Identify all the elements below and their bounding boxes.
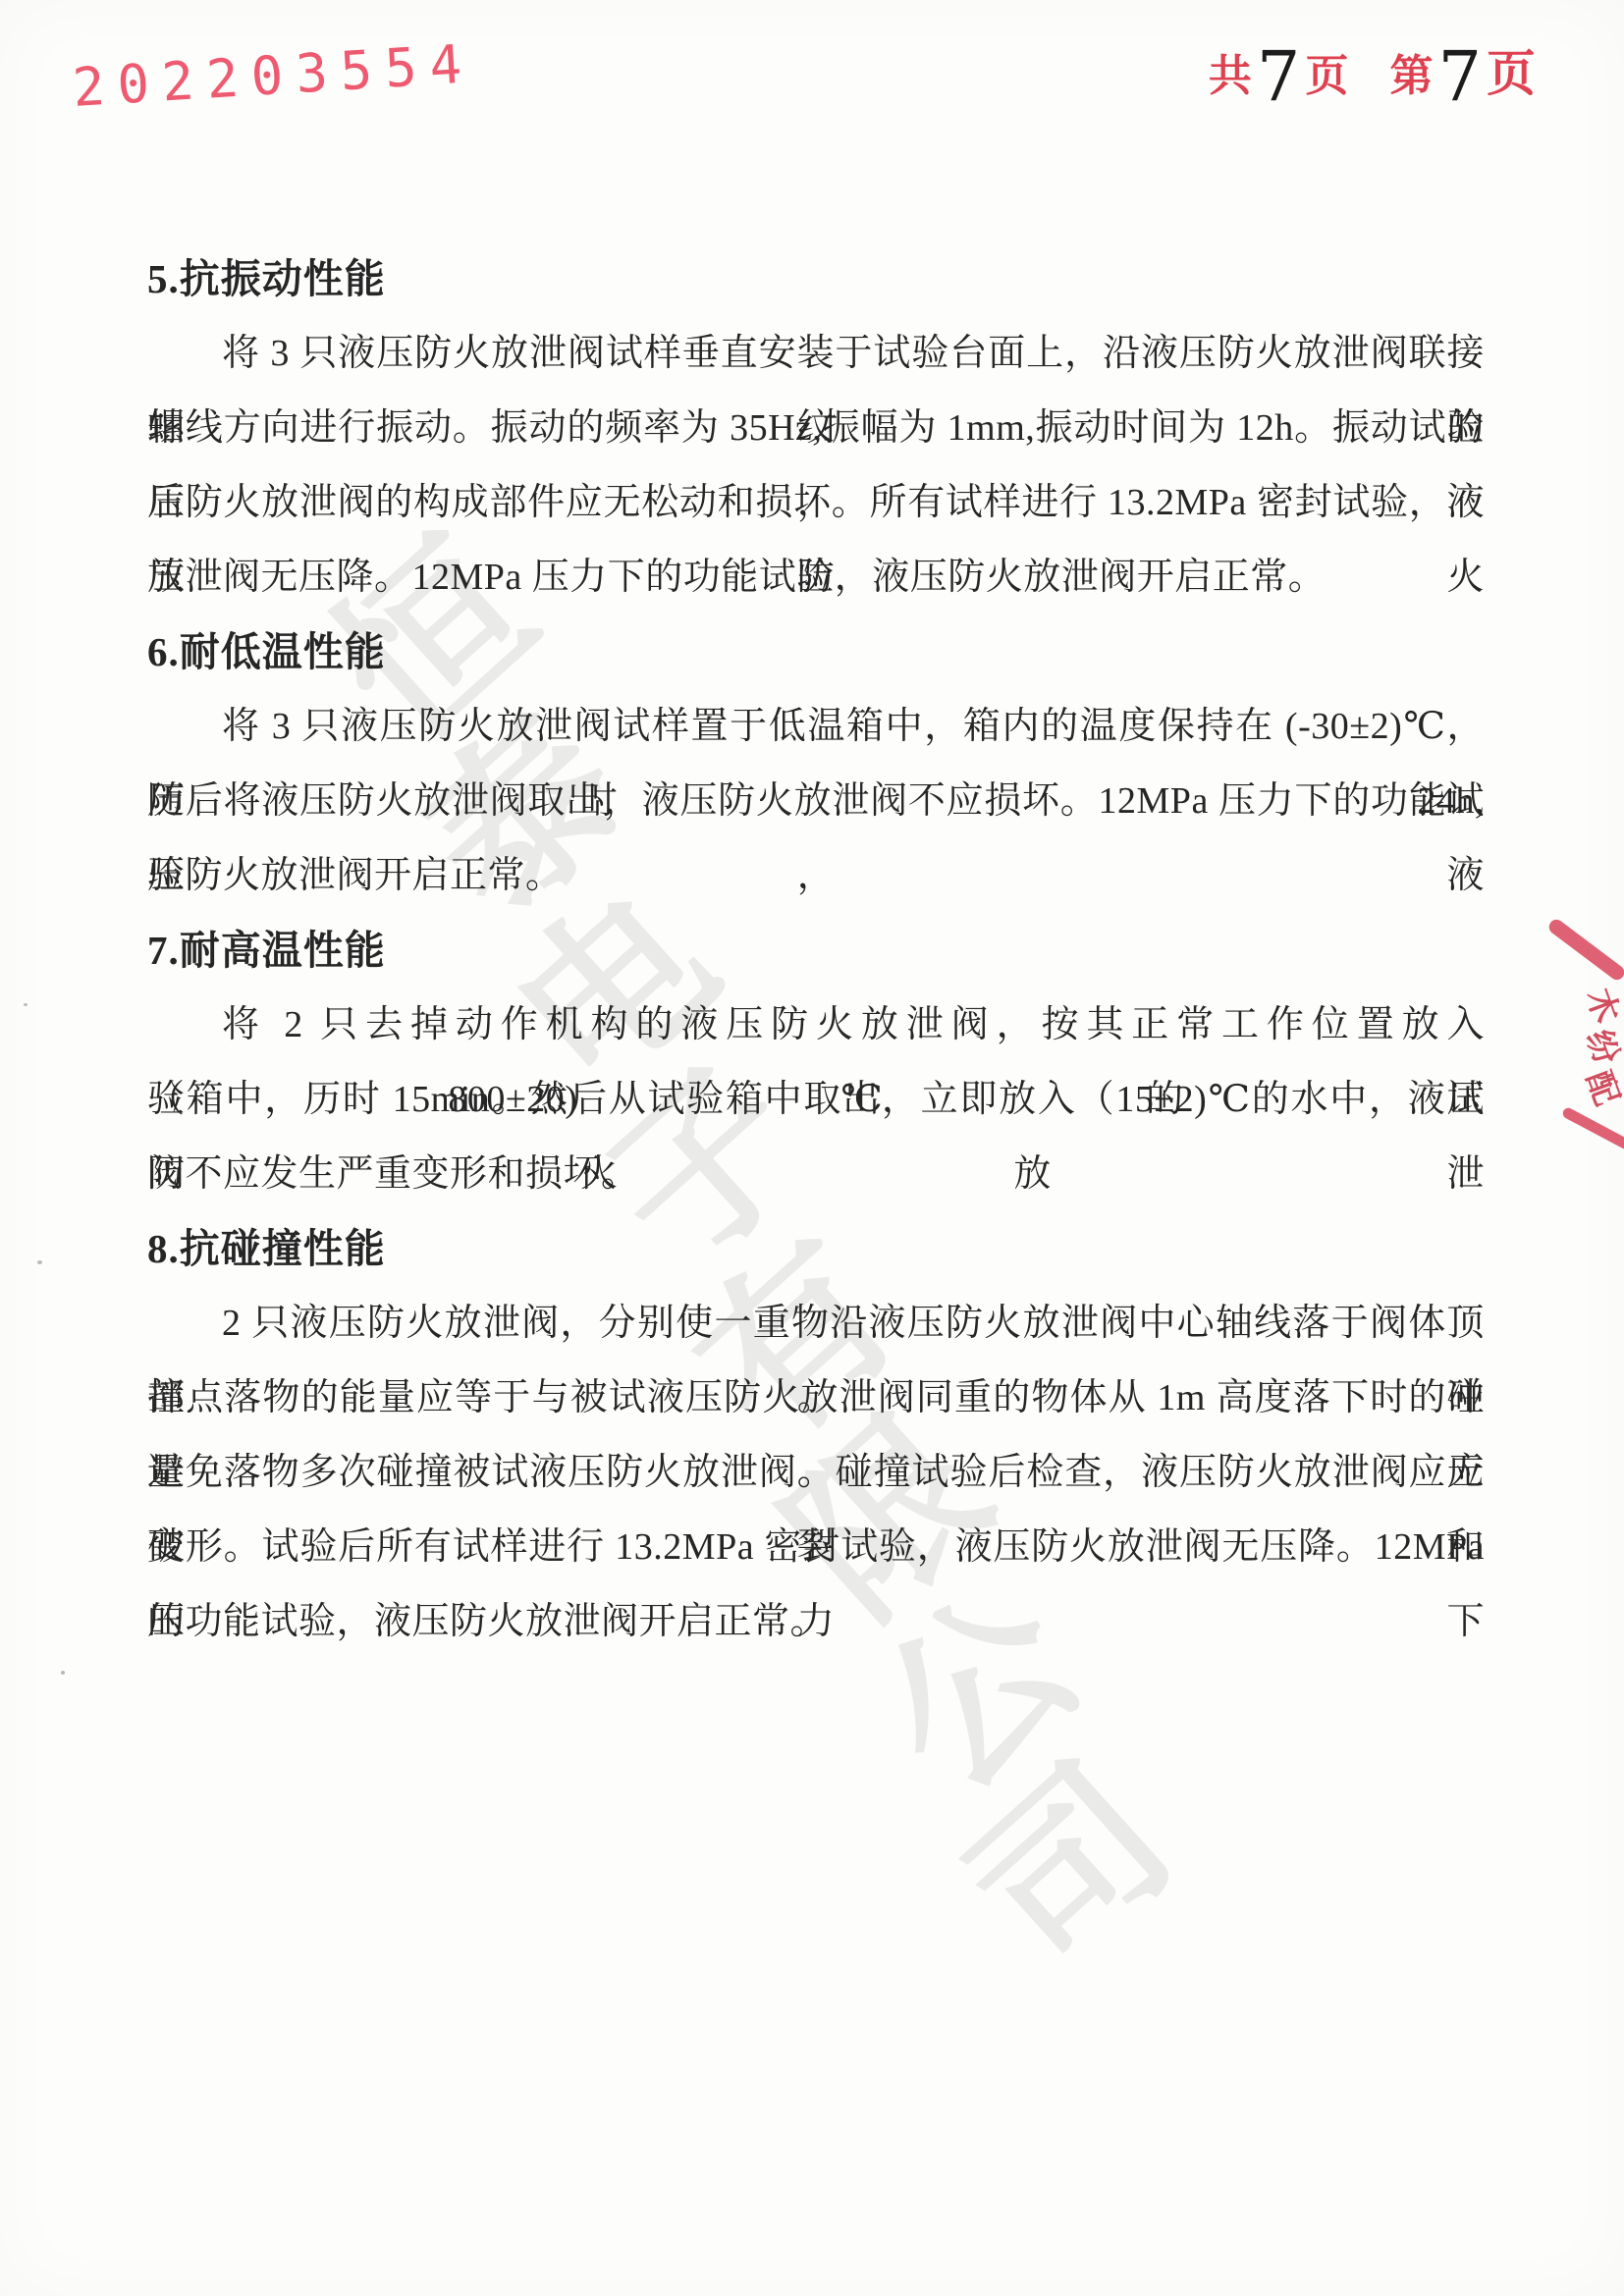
- scan-speck: [24, 1003, 27, 1006]
- body-line: 将 3 只液压防火放泄阀试样置于低温箱中，箱内的温度保持在 (-30±2)℃，历…: [147, 689, 1485, 764]
- section-heading: 7.耐高温性能: [147, 913, 1485, 988]
- document-body: 5.抗振动性能 将 3 只液压防火放泄阀试样垂直安装于试验台面上，沿液压防火放泄…: [147, 241, 1485, 1659]
- body-line: 将 3 只液压防火放泄阀试样垂直安装于试验台面上，沿液压防火放泄阀联接螺纹的: [147, 316, 1485, 391]
- pagination-total-unit: 页: [1303, 55, 1350, 98]
- seal-char: 配: [1580, 1067, 1623, 1110]
- body-line: 变形。试验后所有试样进行 13.2MPa 密封试验，液压防火放泄阀无压降。12M…: [147, 1510, 1485, 1584]
- section-heading: 6.耐低温性能: [147, 614, 1485, 689]
- seal-arc-icon: [1546, 917, 1624, 983]
- pagination-total-pages-handwritten: 7: [1254, 49, 1304, 104]
- seal-arc-icon: [1561, 1106, 1624, 1150]
- seal-characters: 木 纷 配: [1585, 989, 1618, 1105]
- page-count-stamp: 共 7 页 第 7 页: [1207, 43, 1538, 98]
- pagination-total-prefix: 共: [1207, 55, 1254, 98]
- body-line: 轴线方向进行振动。振动的频率为 35Hz,振幅为 1mm,振动时间为 12h。振…: [147, 391, 1485, 465]
- body-line: 避免落物多次碰撞被试液压防火放泄阀。碰撞试验后检查，液压防火放泄阀应无破裂和: [147, 1435, 1485, 1510]
- pagination-current-prefix: 第: [1387, 55, 1435, 98]
- body-line: 压防火放泄阀的构成部件应无松动和损坏。所有试样进行 13.2MPa 密封试验，液…: [147, 465, 1485, 540]
- section-heading: 5.抗振动性能: [147, 241, 1485, 316]
- body-line: 验箱中，历时 15min。然后从试验箱中取出，立即放入（15±2)℃的水中，液压…: [147, 1062, 1485, 1137]
- watermark-char: 司: [905, 1697, 1215, 2012]
- serial-number-stamp: 202203554: [71, 32, 476, 119]
- section-heading: 8.抗碰撞性能: [147, 1211, 1485, 1286]
- body-line: 撞点落物的能量应等于与被试液压防火放泄阀同重的物体从 1m 高度落下时的冲量。应: [147, 1361, 1485, 1435]
- scan-speck: [61, 1671, 65, 1675]
- body-line: 将 2 只去掉动作机构的液压防火放泄阀，按其正常工作位置放入（800±20)℃的…: [147, 988, 1485, 1062]
- body-line: 随后将液压防火放泄阀取出，液压防火放泄阀不应损坏。12MPa 压力下的功能试验，…: [147, 764, 1485, 838]
- document-page: 恒 泰 电 子 有 限 公 司 202203554 共 7 页 第 7 页 5.…: [0, 0, 1624, 2296]
- scan-speck: [37, 1260, 42, 1264]
- pagination-current-unit: 页: [1485, 49, 1538, 98]
- edge-seal-stamp: 木 纷 配: [1536, 925, 1624, 1160]
- pagination-current-page-handwritten: 7: [1435, 49, 1485, 104]
- body-line: 2 只液压防火放泄阀，分别使一重物沿液压防火放泄阀中心轴线落于阀体顶部。碰: [147, 1286, 1485, 1361]
- seal-char: 纷: [1580, 1026, 1623, 1069]
- body-line: 放泄阀无压降。12MPa 压力下的功能试验，液压防火放泄阀开启正常。: [147, 540, 1485, 614]
- seal-char: 木: [1580, 985, 1623, 1028]
